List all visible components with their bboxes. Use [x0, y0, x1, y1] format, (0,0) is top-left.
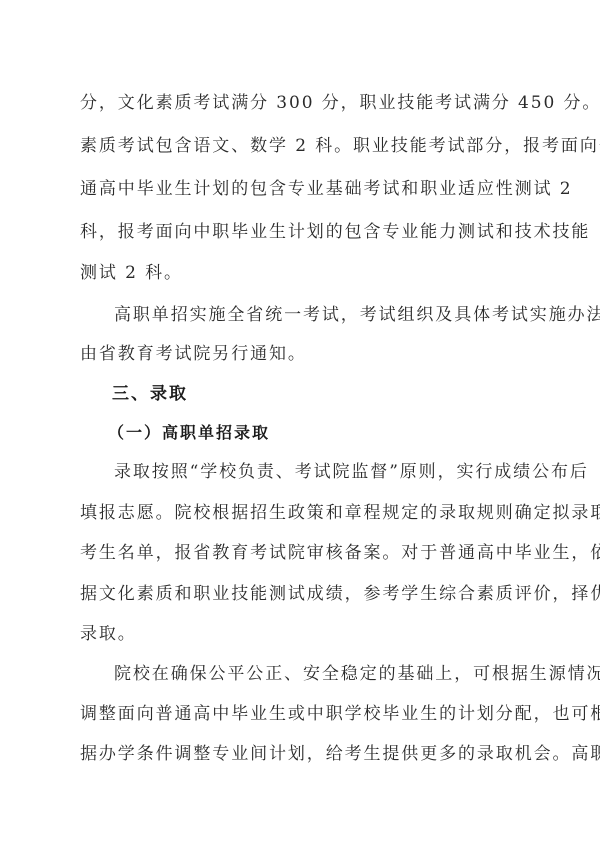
body-text-line: 素质考试包含语文、数学 2 科。职业技能考试部分，报考面向普 — [80, 136, 527, 156]
body-text-line: 据办学条件调整专业间计划，给考生提供更多的录取机会。高职 — [80, 744, 527, 764]
subsection-heading: （一）高职单招录取 — [108, 423, 270, 443]
body-text-line: 据文化素质和职业技能测试成绩，参考学生综合素质评价，择优 — [80, 584, 527, 604]
document-page: 分，文化素质考试满分 300 分，职业技能考试满分 450 分。文化 素质考试包… — [0, 0, 600, 846]
body-text-line: 科，报考面向中职毕业生计划的包含专业能力测试和技术技能 — [80, 222, 527, 242]
section-heading: 三、录取 — [112, 384, 188, 404]
body-text-line: 录取按照“学校负责、考试院监督”原则，实行成绩公布后 — [114, 462, 527, 482]
body-text-line: 高职单招实施全省统一考试，考试组织及具体考试实施办法 — [114, 305, 527, 325]
body-text-line: 由省教育考试院另行通知。 — [80, 344, 307, 364]
body-text-line: 调整面向普通高中毕业生或中职学校毕业生的计划分配，也可根 — [80, 704, 527, 724]
body-text-line: 院校在确保公平公正、安全稳定的基础上，可根据生源情况 — [114, 664, 527, 684]
body-text-line: 分，文化素质考试满分 300 分，职业技能考试满分 450 分。文化 — [80, 93, 527, 113]
body-text-line: 测试 2 科。 — [80, 263, 183, 283]
body-text-line: 通高中毕业生计划的包含专业基础考试和职业适应性测试 2 — [80, 179, 527, 199]
body-text-line: 填报志愿。院校根据招生政策和章程规定的录取规则确定拟录取 — [80, 503, 527, 523]
body-text-line: 录取。 — [80, 624, 137, 644]
body-text-line: 考生名单，报省教育考试院审核备案。对于普通高中毕业生，依 — [80, 543, 527, 563]
